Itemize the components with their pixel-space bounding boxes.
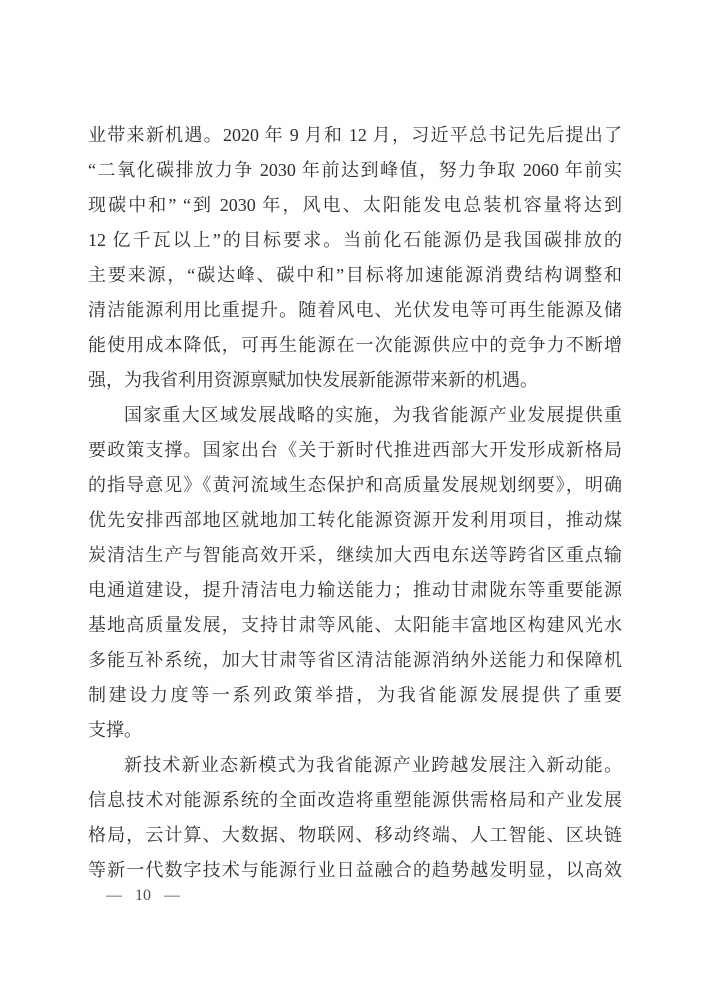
- text-line: 主要来源，“碳达峰、碳中和”目标将加速能源消费结构调整和: [88, 258, 622, 293]
- text-line: 炭清洁生产与智能高效开采，继续加大西电东送等跨省区重点输: [88, 538, 622, 573]
- text-line: 业带来新机遇。2020 年 9 月和 12 月，习近平总书记先后提出了: [88, 118, 622, 153]
- text-line: 能使用成本降低，可再生能源在一次能源供应中的竞争力不断增: [88, 328, 622, 363]
- text-line: 要政策支撑。国家出台《关于新时代推进西部大开发形成新格局: [88, 433, 622, 468]
- text-line: 信息技术对能源系统的全面改造将重塑能源供需格局和产业发展: [88, 783, 622, 818]
- document-body: 业带来新机遇。2020 年 9 月和 12 月，习近平总书记先后提出了“二氧化碳…: [88, 118, 622, 888]
- text-line: 制建设力度等一系列政策举措，为我省能源发展提供了重要: [88, 678, 622, 713]
- text-line: 支撑。: [88, 713, 622, 748]
- text-line: 12 亿千瓦以上”的目标要求。当前化石能源仍是我国碳排放的: [88, 223, 622, 258]
- text-line: 现碳中和” “到 2030 年，风电、太阳能发电总装机容量将达到: [88, 188, 622, 223]
- page-footer: — 10 —: [106, 886, 180, 906]
- text-line: 优先安排西部地区就地加工转化能源资源开发利用项目，推动煤: [88, 503, 622, 538]
- text-line: 国家重大区域发展战略的实施，为我省能源产业发展提供重: [88, 398, 622, 433]
- text-line: 多能互补系统，加大甘肃等省区清洁能源消纳外送能力和保障机: [88, 643, 622, 678]
- text-line: 的指导意见》《黄河流域生态保护和高质量发展规划纲要》，明确: [88, 468, 622, 503]
- text-line: 电通道建设，提升清洁电力输送能力；推动甘肃陇东等重要能源: [88, 573, 622, 608]
- text-line: “二氧化碳排放力争 2030 年前达到峰值，努力争取 2060 年前实: [88, 153, 622, 188]
- page-number: 10: [135, 886, 151, 906]
- text-line: 新技术新业态新模式为我省能源产业跨越发展注入新动能。: [88, 748, 622, 783]
- text-line: 清洁能源利用比重提升。随着风电、光伏发电等可再生能源及储: [88, 293, 622, 328]
- text-line: 等新一代数字技术与能源行业日益融合的趋势越发明显，以高效: [88, 853, 622, 888]
- text-line: 基地高质量发展，支持甘肃等风能、太阳能丰富地区构建风光水: [88, 608, 622, 643]
- footer-right-dash: —: [164, 886, 180, 906]
- document-page: 业带来新机遇。2020 年 9 月和 12 月，习近平总书记先后提出了“二氧化碳…: [0, 0, 707, 1000]
- footer-left-dash: —: [106, 886, 122, 906]
- text-line: 强，为我省利用资源禀赋加快发展新能源带来新的机遇。: [88, 363, 622, 398]
- text-line: 格局，云计算、大数据、物联网、移动终端、人工智能、区块链: [88, 818, 622, 853]
